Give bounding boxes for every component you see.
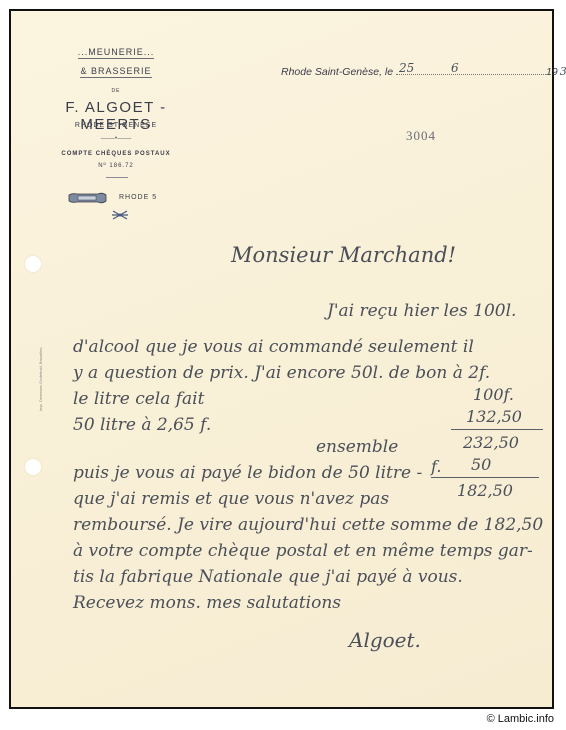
printer-credit: Imp. Devresse-Godefroid, Bruxelles.: [38, 311, 43, 411]
company-place: RHODE ST-GENÈSE: [41, 122, 191, 129]
signature: Algoet.: [349, 628, 421, 652]
letter-sheet: ...MEUNERIE... & BRASSERIE DE F. ALGOET …: [9, 9, 554, 709]
body-line-ensemble: ensemble: [316, 437, 398, 457]
telephone-icon: [68, 192, 108, 204]
ornament-divider: ——•——: [41, 135, 191, 142]
subtotal-rule: [451, 429, 543, 430]
amount-deduction: 50: [471, 455, 491, 474]
star-ornament-icon: [112, 210, 128, 220]
account-number: Nº 186.72: [41, 163, 191, 169]
body-line-2: d'alcool que je vous ai commandé seuleme…: [73, 337, 474, 357]
date-line: Rhode Saint-Genèse, le 25 6 1936.: [281, 63, 566, 78]
reference-number: 3004: [406, 128, 436, 144]
date-field: 25 6: [396, 63, 546, 75]
salutation: Monsieur Marchand!: [231, 243, 456, 267]
amount-subtotal: 232,50: [463, 433, 519, 452]
date-day: 25: [399, 61, 414, 75]
letterhead-meunerie: ...MEUNERIE...: [41, 47, 191, 57]
body-line-9: à votre compte chèque postal et en même …: [73, 541, 533, 561]
body-line-3: y a question de prix. J'ai encore 50l. d…: [73, 363, 490, 383]
body-line-5: 50 litre à 2,65 f.: [73, 415, 211, 435]
body-line-10: tis la fabrique Nationale que j'ai payé …: [73, 567, 463, 587]
body-line-4: le litre cela fait: [73, 389, 204, 409]
total-rule: [431, 477, 539, 478]
amount-item-2: 132,50: [466, 407, 522, 426]
date-month: 6: [451, 61, 459, 75]
punch-hole-bottom: [25, 459, 41, 475]
watermark: © Lambic.info: [487, 713, 554, 725]
punch-hole-top: [25, 256, 41, 272]
letterhead-rule: [106, 177, 128, 178]
letterhead-de: DE: [41, 88, 191, 94]
account-label: COMPTE CHÈQUES POSTAUX: [31, 151, 201, 157]
place-prefix: Rhode Saint-Genèse, le: [281, 66, 393, 78]
body-line-11: Recevez mons. mes salutations: [73, 593, 341, 613]
body-line-8: remboursé. Je vire aujourd'hui cette som…: [73, 515, 543, 535]
phone-number: RHODE 5: [119, 194, 157, 201]
amount-item-1: 100f.: [473, 385, 514, 404]
amount-total: 182,50: [457, 481, 513, 500]
year-suffix: 36.: [560, 65, 566, 78]
year-prefix: 19: [546, 66, 558, 78]
body-line-6: puis je vous ai payé le bidon de 50 litr…: [73, 463, 422, 483]
deduction-prefix: f.: [431, 457, 441, 476]
body-line-1: J'ai reçu hier les 100l.: [327, 301, 516, 321]
letterhead-brasserie: & BRASSERIE: [41, 66, 191, 76]
body-line-7: que j'ai remis et que vous n'avez pas: [73, 489, 389, 509]
